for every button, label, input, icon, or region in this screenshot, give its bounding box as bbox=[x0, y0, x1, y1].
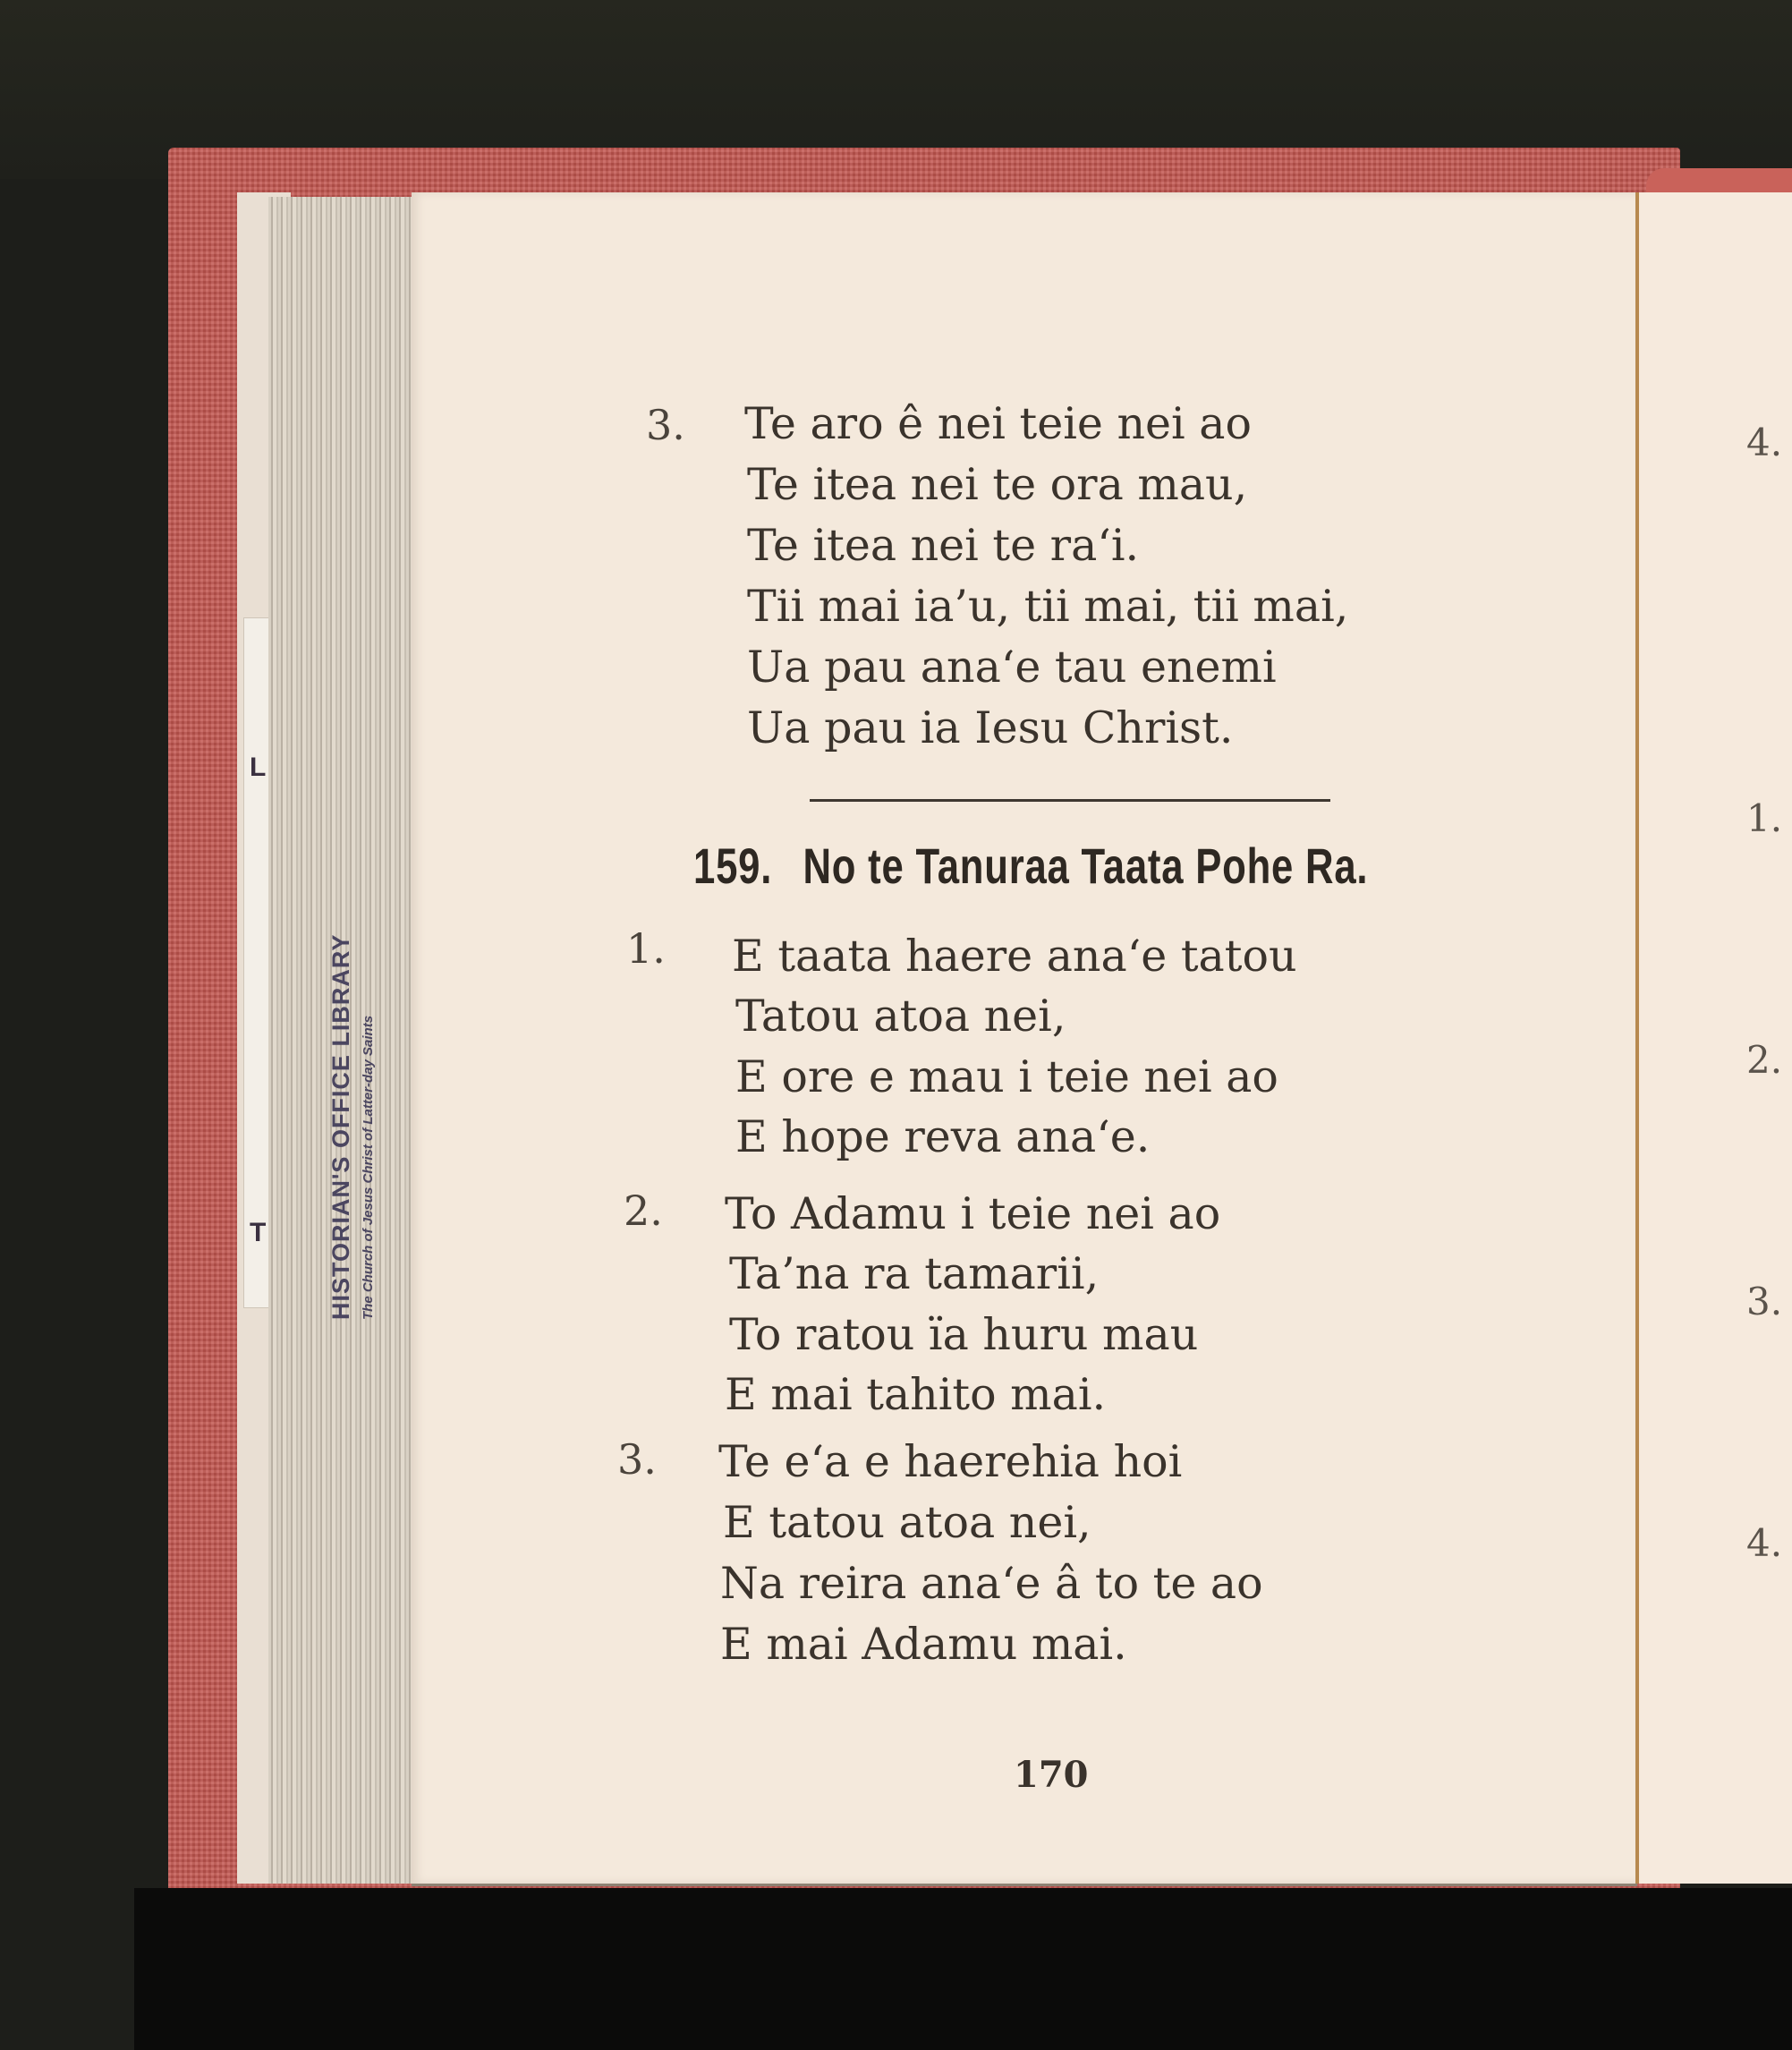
verse-line: E mai tahito mai. bbox=[725, 1365, 1106, 1425]
verse-line: Te aro ê nei teie nei ao bbox=[744, 394, 1252, 455]
tab-letter: L bbox=[250, 753, 266, 783]
verse-line: Te itea nei te ra‘i. bbox=[747, 515, 1139, 576]
verse-line: E ore e mau i teie nei ao bbox=[735, 1047, 1278, 1108]
verse-line: Te itea nei te ora mau, bbox=[747, 455, 1247, 515]
stanza-number: 3. bbox=[646, 401, 685, 449]
verse-line: Na reira ana‘e â to te ao bbox=[720, 1553, 1263, 1614]
verse-line: E taata haere ana‘e tatou bbox=[732, 926, 1297, 987]
section-divider bbox=[810, 799, 1330, 802]
library-stamp: HISTORIAN'S OFFICE LIBRARY The Church of… bbox=[327, 934, 376, 1320]
verse-line: Ta’na ra tamarii, bbox=[729, 1244, 1099, 1305]
verse-line: E tatou atoa nei, bbox=[723, 1493, 1091, 1553]
right-page-stanza-number: 1. bbox=[1746, 796, 1782, 840]
verse-line: Tii mai ia’u, tii mai, tii mai, bbox=[747, 576, 1348, 637]
stanza-number: 1. bbox=[626, 924, 666, 973]
verse-line: Ua pau ia Iesu Christ. bbox=[747, 698, 1233, 759]
right-page-stanza-number: 4. bbox=[1746, 1521, 1782, 1565]
tab-letter: T bbox=[250, 1218, 266, 1248]
hymn-title: 159.No te Tanuraa Taata Pohe Ra. bbox=[693, 837, 1368, 895]
hymn-title-text: No te Tanuraa Taata Pohe Ra. bbox=[803, 838, 1368, 894]
stanza-number: 2. bbox=[624, 1187, 663, 1235]
right-page-stanza-number: 2. bbox=[1746, 1038, 1782, 1082]
verse-line: Ua pau ana‘e tau enemi bbox=[747, 637, 1277, 698]
verse-line: To Adamu i teie nei ao bbox=[725, 1184, 1220, 1245]
verse-line: Tatou atoa nei, bbox=[735, 986, 1066, 1047]
verse-line: E hope reva ana‘e. bbox=[735, 1107, 1150, 1168]
page-number: 170 bbox=[1014, 1754, 1089, 1796]
verse-line: E mai Adamu mai. bbox=[720, 1614, 1127, 1675]
stanza-number: 3. bbox=[617, 1435, 657, 1484]
right-page-stanza-number: 4. bbox=[1746, 421, 1782, 464]
background-shadow bbox=[134, 1888, 1792, 2050]
verse-line: To ratou ïa huru mau bbox=[729, 1305, 1198, 1365]
verse-line: Te e‘a e haerehia hoi bbox=[718, 1432, 1182, 1493]
stamp-line-2: The Church of Jesus Christ of Latter-day… bbox=[361, 934, 376, 1320]
right-page-stanza-number: 3. bbox=[1746, 1280, 1782, 1323]
stamp-line-1: HISTORIAN'S OFFICE LIBRARY bbox=[327, 934, 355, 1320]
hymn-number: 159. bbox=[693, 838, 772, 894]
